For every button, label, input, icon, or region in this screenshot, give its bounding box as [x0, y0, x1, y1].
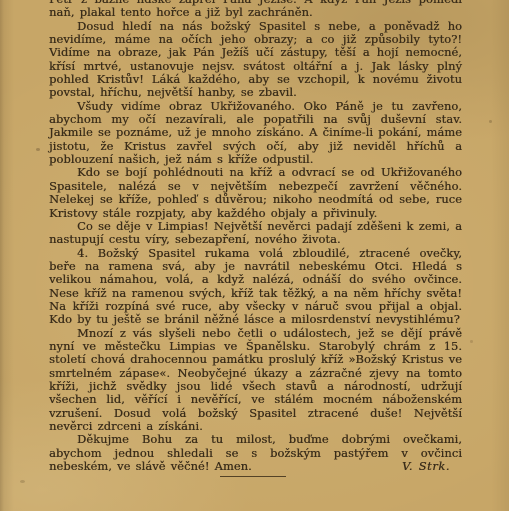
paragraph: Všudy vidíme obraz Ukřižovaného. Oko Pán… — [49, 100, 462, 167]
paragraph: Mnozí z vás slyšeli nebo četli o událost… — [49, 327, 462, 434]
paragraph: 4. Božský Spasitel rukama volá zbloudilé… — [49, 247, 462, 327]
paper-speck — [36, 148, 40, 151]
scanned-page: Petr z bázně lidské zapřel Pána Ježíše. … — [0, 0, 509, 511]
paragraph: Dosud hledí na nás božský Spasitel s neb… — [49, 20, 462, 100]
paragraph: Kdo se bojí pohlédnouti na kříž a odvrac… — [49, 166, 462, 219]
paragraph-continuation: Petr z bázně lidské zapřel Pána Ježíše. … — [49, 0, 462, 20]
paper-speck — [20, 480, 25, 483]
paper-speck — [470, 340, 473, 343]
paper-speck — [489, 120, 492, 123]
section-divider-rule — [220, 476, 286, 477]
paragraph: Co se děje v Limpias! Největší nevěrci p… — [49, 220, 462, 247]
body-text-block: Petr z bázně lidské zapřel Pána Ježíše. … — [49, 0, 462, 477]
